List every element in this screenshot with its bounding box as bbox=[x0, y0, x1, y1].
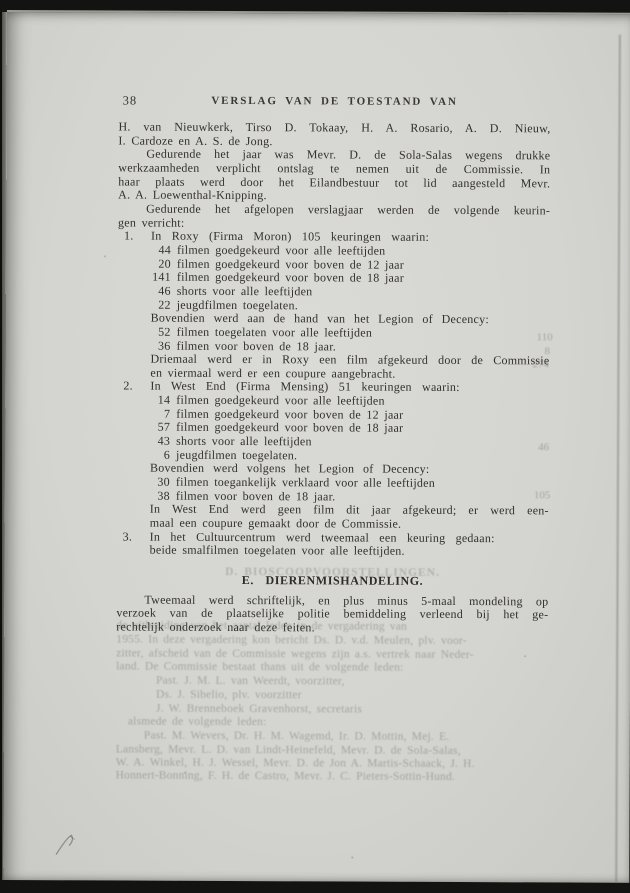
bleedthrough-line: alsmede de volgende leden: bbox=[128, 716, 267, 729]
paragraph-line: rechtelijk onderzoek naar deze feiten. bbox=[116, 620, 548, 635]
pencil-mark bbox=[52, 830, 86, 860]
count-value: 6 bbox=[117, 448, 170, 462]
body-text-column: H. van Nieuwkerk, Tirso D. Tokaay, H. A.… bbox=[117, 120, 551, 559]
body-line: beide smalfilmen toegelaten voor alle le… bbox=[117, 544, 549, 560]
running-title: VERSLAG VAN DE TOESTAND VAN bbox=[119, 94, 551, 108]
count-value: 14 bbox=[117, 394, 170, 408]
count-value: 44 bbox=[118, 243, 171, 257]
count-value: 141 bbox=[118, 271, 171, 285]
count-value: 20 bbox=[118, 257, 171, 271]
count-value: 36 bbox=[118, 339, 171, 353]
list-number: 3. bbox=[117, 530, 150, 544]
section-paragraph: Tweemaal werd schriftelijk, en plus minu… bbox=[116, 593, 548, 635]
count-value: 38 bbox=[117, 489, 170, 503]
bleedthrough-line: W. A. Winkel, H. J. Wessel, Mevr. D. de … bbox=[116, 756, 475, 770]
bleedthrough-line: Past. J. M. L. van Weerdt, voorzitter, bbox=[156, 675, 345, 688]
count-value: 52 bbox=[118, 325, 171, 339]
bleedthrough-line: Honnert-Bonning, F. H. de Castro, Mevr. … bbox=[116, 769, 455, 782]
bleedthrough-line: J. W. Brenneboek Gravenhorst, secretaris bbox=[156, 703, 362, 716]
paper-specks bbox=[351, 857, 353, 859]
bleedthrough-line: land. De Commissie bestaat thans uit de … bbox=[116, 660, 403, 673]
count-value: 57 bbox=[117, 421, 170, 435]
count-value: 46 bbox=[118, 284, 171, 298]
bleedthrough-line: Lansberg, Mevr. L. D. van Lindt-Heinefel… bbox=[116, 743, 461, 757]
list-number: 1. bbox=[118, 230, 151, 244]
count-value: 7 bbox=[117, 407, 170, 421]
bleedthrough-line: 1955. In deze vergadering kon bericht Ds… bbox=[116, 633, 467, 647]
scanned-page: D. BIOSCOOPVOORSTELLINGEN. de uitbreidin… bbox=[3, 10, 630, 883]
section-heading: E. DIERENMISHANDELING. bbox=[116, 572, 548, 589]
scanned-book-photo: { "meta": { "background_color": "#131311… bbox=[0, 0, 630, 893]
page-crease bbox=[615, 35, 621, 883]
count-value: 30 bbox=[117, 476, 170, 490]
list-number: 2. bbox=[117, 380, 150, 394]
bleedthrough-line: zitter, afscheid van de Commissie wegens… bbox=[116, 647, 473, 661]
count-value: 43 bbox=[117, 435, 170, 449]
line-text: shorts voor alle leeftijden bbox=[177, 285, 313, 299]
count-value: 22 bbox=[118, 298, 171, 312]
bleedthrough-line: Ds. J. Sibelio, plv. voorzitter bbox=[156, 689, 302, 702]
running-header: 38 VERSLAG VAN DE TOESTAND VAN bbox=[119, 93, 551, 111]
bleedthrough-line: Past. M. Wevers, Dr. H. M. Wagemd, Ir. D… bbox=[144, 730, 450, 743]
